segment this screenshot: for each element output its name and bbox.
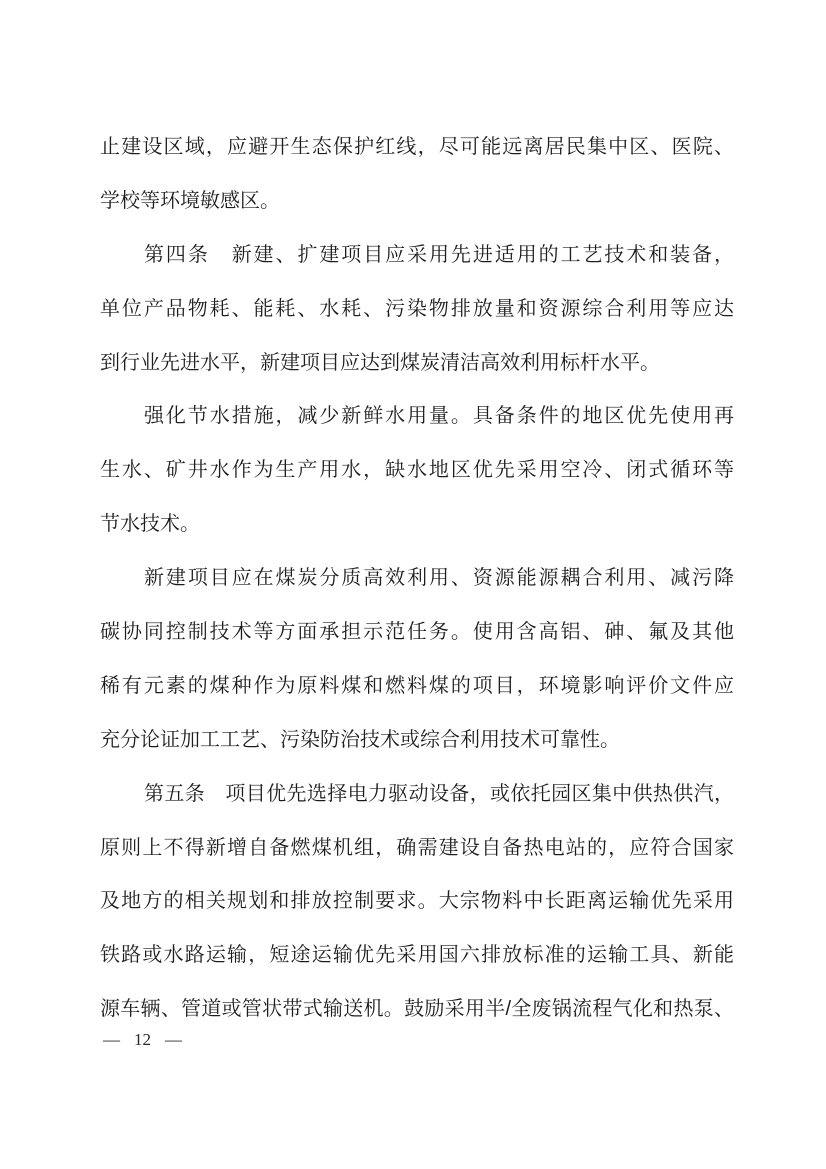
text-line: 源车辆、管道或管状带式输送机。鼓励采用半/全废锅流程气化和热泵、 [100, 983, 734, 1037]
text-line: 止建设区域，应避开生态保护红线，尽可能远离居民集中区、医院、 [100, 121, 734, 175]
text-line: 原则上不得新增自备燃煤机组，确需建设自备热电站的，应符合国家 [100, 822, 734, 876]
text-line: 碳协同控制技术等方面承担示范任务。使用含高铝、砷、氟及其他 [100, 606, 734, 660]
footer-dash-right: — [165, 1030, 182, 1050]
text-line: 铁路或水路运输，短途运输优先采用国六排放标准的运输工具、新能 [100, 929, 734, 983]
page-footer: — 12 — [103, 1030, 182, 1050]
text-line: 生水、矿井水作为生产用水，缺水地区优先采用空冷、闭式循环等 [100, 444, 734, 498]
text-line: 及地方的相关规划和排放控制要求。大宗物料中长距离运输优先采用 [100, 875, 734, 929]
text-line: 新建项目应在煤炭分质高效利用、资源能源耦合利用、减污降 [100, 552, 734, 606]
text-line: 充分论证加工工艺、污染防治技术或综合利用技术可靠性。 [100, 714, 734, 768]
text-line: 第五条 项目优先选择电力驱动设备，或依托园区集中供热供汽， [100, 768, 734, 822]
body-text: 止建设区域，应避开生态保护红线，尽可能远离居民集中区、医院、 学校等环境敏感区。… [100, 121, 734, 1037]
text-line: 单位产品物耗、能耗、水耗、污染物排放量和资源综合利用等应达 [100, 283, 734, 337]
text-line: 学校等环境敏感区。 [100, 175, 734, 229]
page-number: 12 [134, 1030, 151, 1050]
text-line: 到行业先进水平，新建项目应达到煤炭清洁高效利用标杆水平。 [100, 337, 734, 391]
text-line: 节水技术。 [100, 498, 734, 552]
footer-dash-left: — [103, 1030, 120, 1050]
text-line: 第四条 新建、扩建项目应采用先进适用的工艺技术和装备， [100, 229, 734, 283]
text-line: 强化节水措施，减少新鲜水用量。具备条件的地区优先使用再 [100, 390, 734, 444]
text-line: 稀有元素的煤种作为原料煤和燃料煤的项目，环境影响评价文件应 [100, 660, 734, 714]
document-page: 止建设区域，应避开生态保护红线，尽可能远离居民集中区、医院、 学校等环境敏感区。… [0, 0, 826, 1169]
